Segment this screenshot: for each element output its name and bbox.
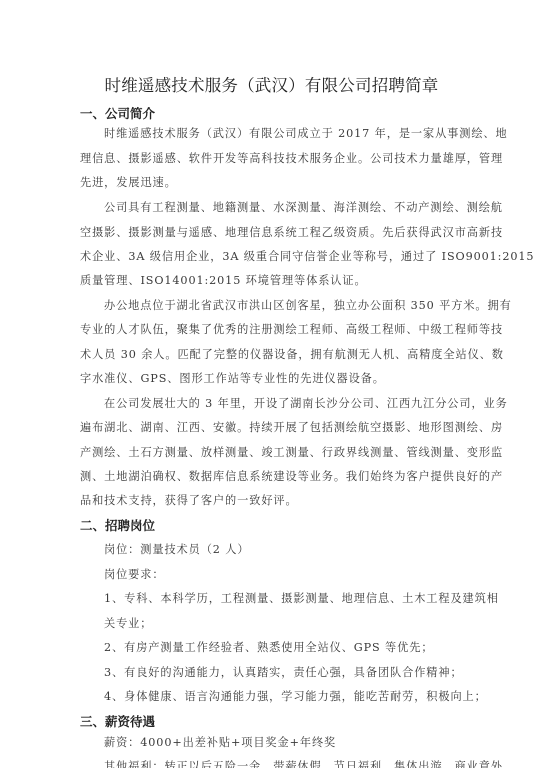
document-page: 时维遥感技术服务（武汉）有限公司招聘简章 一、公司简介 时维遥感技术服务（武汉）… bbox=[0, 0, 543, 768]
section-heading-company-intro: 一、公司简介 bbox=[80, 104, 155, 122]
position-title: 岗位：测量技术员（2 人） bbox=[104, 543, 249, 557]
paragraph-line: 在公司发展壮大的 3 年里，开设了湖南长沙分公司、江西九江分公司，业务 bbox=[104, 397, 508, 411]
paragraph-line: 产测绘、土石方测量、放样测量、竣工测量、行政界线测量、管线测量、变形监 bbox=[80, 446, 503, 460]
salary-line: 薪资：4000+出差补贴+项目奖金+年终奖 bbox=[104, 736, 336, 750]
section-heading-compensation: 三、薪资待遇 bbox=[80, 712, 155, 730]
paragraph-line: 时维遥感技术服务（武汉）有限公司成立于 2017 年，是一家从事测绘、地 bbox=[104, 127, 508, 141]
paragraph-line: 先进，发展迅速。 bbox=[80, 176, 177, 190]
requirement-item: 3、有良好的沟通能力，认真踏实，责任心强，具备团队合作精神； bbox=[104, 666, 463, 680]
paragraph-line: 办公地点位于湖北省武汉市洪山区创客星，独立办公面积 350 平方米。拥有 bbox=[104, 299, 512, 313]
benefits-line: 其他福利：转正以后五险一金、带薪休假、节日福利、集体出游、商业意外 bbox=[104, 760, 503, 768]
paragraph-line: 公司具有工程测量、地籍测量、水深测量、海洋测绘、不动产测绘、测绘航 bbox=[104, 201, 503, 215]
paragraph-line: 遍布湖北、湖南、江西、安徽。持续开展了包括测绘航空摄影、地形图测绘、房 bbox=[80, 421, 503, 435]
paragraph-line: 测、土地湖泊确权、数据库信息系统建设等业务。我们始终为客户提供良好的产 bbox=[80, 470, 503, 484]
requirement-item: 4、身体健康、语言沟通能力强，学习能力强，能吃苦耐劳，积极向上； bbox=[104, 690, 487, 704]
paragraph-line: 术人员 30 余人。匹配了完整的仪器设备，拥有航测无人机、高精度全站仪、数 bbox=[80, 348, 504, 362]
paragraph-line: 专业的人才队伍，聚集了优秀的注册测绘工程师、高级工程师、中级工程师等技 bbox=[80, 323, 503, 337]
paragraph-line: 空摄影、摄影测量与遥感、地理信息系统工程乙级资质。先后获得武汉市高新技 bbox=[80, 226, 503, 240]
paragraph-line: 品和技术支持，获得了客户的一致好评。 bbox=[80, 494, 298, 508]
requirement-item: 关专业； bbox=[104, 617, 152, 631]
paragraph-line: 理信息、摄影遥感、软件开发等高科技技术服务企业。公司技术力量雄厚，管理 bbox=[80, 152, 503, 166]
paragraph-line: 质量管理、ISO14001:2015 环境管理等体系认证。 bbox=[80, 274, 367, 288]
requirement-item: 2、有房产测量工作经验者、熟悉使用全站仪、GPS 等优先； bbox=[104, 641, 433, 655]
section-heading-positions: 二、招聘岗位 bbox=[80, 516, 155, 534]
document-title: 时维遥感技术服务（武汉）有限公司招聘简章 bbox=[0, 72, 543, 96]
requirements-label: 岗位要求： bbox=[104, 568, 164, 582]
paragraph-line: 字水准仪、GPS、图形工作站等专业性的先进仪器设备。 bbox=[80, 372, 385, 386]
requirement-item: 1、专科、本科学历，工程测量、摄影测量、地理信息、土木工程及建筑相 bbox=[104, 592, 499, 606]
paragraph-line: 术企业、3A 级信用企业，3A 级重合同守信誉企业等称号，通过了 ISO9001… bbox=[80, 250, 534, 264]
